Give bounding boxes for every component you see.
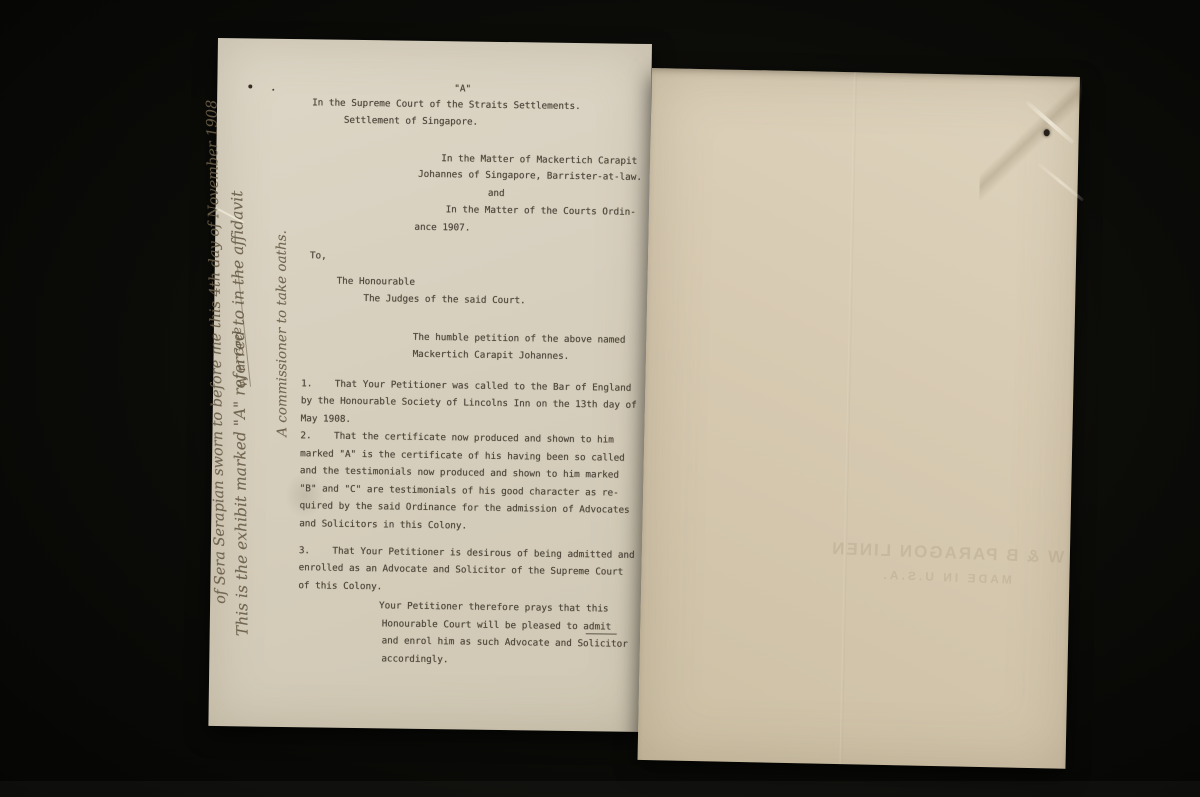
typed-line: To, <box>310 250 327 262</box>
typed-line: ance 1907. <box>414 222 470 235</box>
typed-line: In the Matter of Mackertich Carapit <box>441 153 637 168</box>
typed-line: May 1908. <box>301 413 352 426</box>
typed-line: 1. That Your Petitioner was called to th… <box>301 378 631 395</box>
petition-page: "A" In the Supreme Court of the Straits … <box>208 38 652 732</box>
vertical-fold-crease <box>839 72 856 764</box>
handwritten-exhibit-note-line-1: This is the exhibit marked "A" referred … <box>229 150 252 636</box>
pin-hole-speck <box>248 84 252 88</box>
typed-line: of this Colony. <box>298 580 382 593</box>
handwritten-commissioner-title: A commissioner to take oaths. <box>274 189 291 437</box>
pin-hole-speck <box>272 89 274 91</box>
typed-line: quired by the said Ordinance for the adm… <box>299 500 629 517</box>
handwritten-exhibit-note-line-2: of Sera Serapian sworn to before me this… <box>205 112 230 604</box>
typed-line: 3. That Your Petitioner is desirous of b… <box>299 545 635 562</box>
photo-background: "A" In the Supreme Court of the Straits … <box>0 0 1200 797</box>
typed-line: and the testimonials now produced and sh… <box>300 465 619 481</box>
typed-line: "B" and "C" are testimonials of his good… <box>300 483 619 499</box>
typed-line: In the Supreme Court of the Straits Sett… <box>312 97 581 113</box>
typed-line: 2. That the certificate now produced and… <box>300 430 614 446</box>
background-light-strip <box>0 781 1200 797</box>
typed-line: In the Matter of the Courts Ordin- <box>446 204 636 219</box>
typed-line: and enrol him as such Advocate and Solic… <box>382 635 628 650</box>
typed-line: marked "A" is the certificate of his hav… <box>300 448 625 465</box>
typed-line: The Honourable <box>337 276 416 289</box>
paper-stain <box>277 463 332 528</box>
typed-line: and <box>488 188 505 200</box>
typed-line: Honourable Court will be pleased to admi… <box>382 618 612 633</box>
typed-line: by the Honourable Society of Lincolns In… <box>301 395 637 412</box>
blank-reverse-page: W & B PARAGON LINEN MADE IN U.S.A. <box>638 68 1080 769</box>
typed-line: Mackertich Carapit Johannes. <box>413 349 570 363</box>
typed-line: Your Petitioner therefore prays that thi… <box>379 600 609 615</box>
admit-word-underline <box>586 633 617 634</box>
typed-line: The Judges of the said Court. <box>363 293 525 307</box>
typed-line: accordingly. <box>381 653 448 666</box>
typed-line: enrolled as an Advocate and Solicitor of… <box>299 562 624 579</box>
typed-line: Johannes of Singapore, Barrister-at-law. <box>418 169 642 184</box>
typed-line: "A" <box>454 83 471 95</box>
typed-line: Settlement of Singapore. <box>344 115 478 129</box>
mirrored-paper-watermark: W & B PARAGON LINEN MADE IN U.S.A. <box>826 538 1068 595</box>
typed-line: The humble petition of the above named <box>413 332 626 347</box>
